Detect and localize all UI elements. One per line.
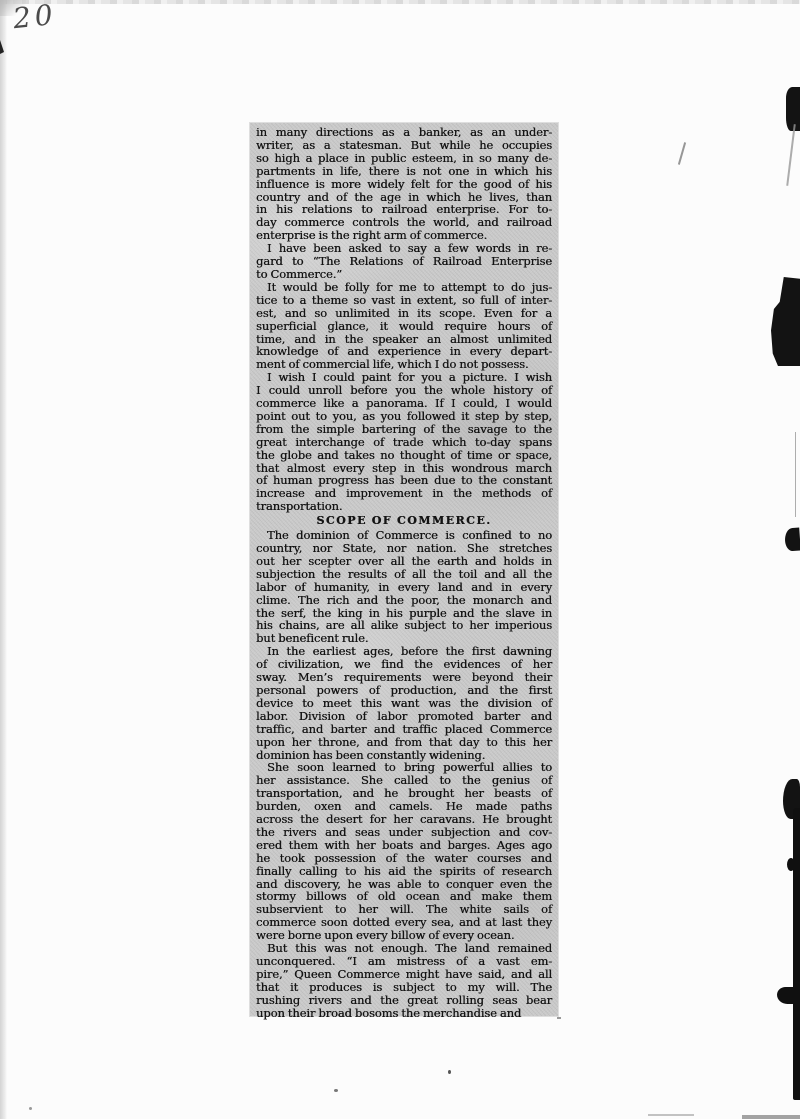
article-paragraph-2: I have been asked to say a few words in …	[256, 242, 552, 281]
dust-speck	[29, 1107, 32, 1110]
handwritten-page-number: 20	[11, 0, 58, 35]
article-paragraph-6: In the earliest ages, before the first d…	[256, 645, 552, 761]
arrow-mark	[0, 40, 7, 54]
ink-streak-right-edge	[793, 808, 800, 1100]
article-paragraph-4: I wish I could paint for you a picture. …	[256, 371, 552, 513]
ink-blot-middle	[771, 277, 800, 366]
article-paragraph-1: in many directions as a banker, as an un…	[256, 126, 552, 242]
dust-speck	[334, 1089, 338, 1092]
ink-blot-small	[784, 528, 800, 552]
scratch-mark-left	[678, 142, 686, 165]
scratch-mark-right	[786, 124, 796, 186]
scratch-mark-faint	[795, 432, 796, 517]
scan-edge-bottom-mark	[648, 1114, 694, 1116]
article-paragraph-7: She soon learned to bring powerful allie…	[256, 761, 552, 942]
section-heading: SCOPE OF COMMERCE.	[256, 515, 552, 528]
newspaper-clipping: in many directions as a banker, as an un…	[250, 123, 558, 1016]
scanned-page: 20 in many directions as a banker, as an…	[0, 0, 800, 1119]
dust-speck	[557, 1017, 561, 1019]
article-paragraph-3: It would be folly for me to attempt to d…	[256, 281, 552, 371]
scan-edge-bottom-corner	[742, 1115, 800, 1119]
scan-edge-top	[0, 0, 800, 4]
article-paragraph-8: But this was not enough. The land remain…	[256, 942, 552, 1019]
article-column: in many directions as a banker, as an un…	[256, 126, 552, 1020]
ink-streak-bump	[777, 987, 796, 1004]
scan-edge-left	[0, 0, 7, 1119]
ink-streak-nub	[787, 858, 795, 871]
dust-speck	[448, 1070, 451, 1074]
article-paragraph-5: The dominion of Commerce is confined to …	[256, 529, 552, 645]
